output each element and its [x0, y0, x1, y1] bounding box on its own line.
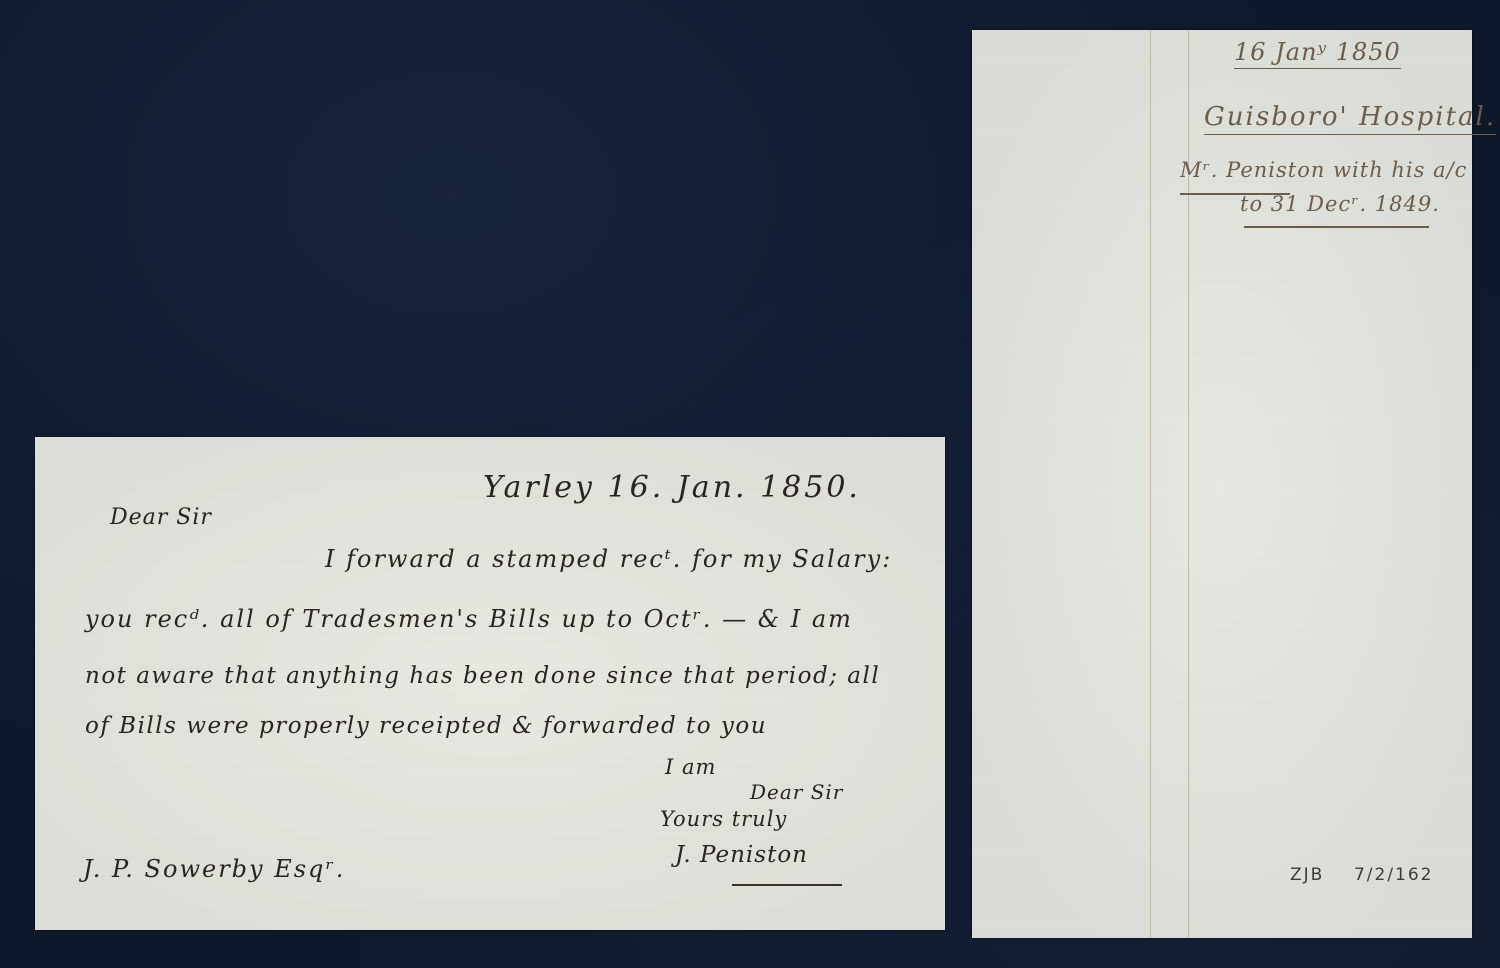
signature-underline [732, 884, 842, 886]
letter-body-line-4: of Bills were properly receipted & forwa… [85, 713, 767, 739]
docket-line-1: Mʳ. Peniston with his a/c [1180, 158, 1467, 182]
letter-closing-yours-truly: Yours truly [660, 807, 787, 831]
letter-addressee: J. P. Sowerby Esqʳ. [83, 855, 345, 883]
docket-date: 16 Janʸ 1850 [1234, 38, 1401, 69]
fold-line-left [1150, 30, 1151, 938]
docket-title: Guisboro' Hospital. [1204, 102, 1496, 135]
docket-line-2: to 31 Decʳ. 1849. [1240, 192, 1440, 216]
letter-closing-i-am: I am [665, 755, 716, 779]
archive-reference: ZJB 7/2/162 [1290, 865, 1434, 885]
archive-number: 7/2/162 [1354, 865, 1434, 885]
letter-place-date: Yarley 16. Jan. 1850. [483, 470, 861, 505]
docket-sheet: 16 Janʸ 1850 Guisboro' Hospital. Mʳ. Pen… [972, 30, 1472, 938]
letter-body-line-1: I forward a stamped recᵗ. for my Salary: [325, 545, 892, 573]
letter-salutation: Dear Sir [110, 505, 212, 530]
letter-body-line-2: you recᵈ. all of Tradesmen's Bills up to… [85, 605, 853, 633]
letter-body-line-3: not aware that anything has been done si… [85, 663, 880, 689]
letter-sheet: Yarley 16. Jan. 1850. Dear Sir I forward… [35, 437, 945, 930]
docket-line-2-underline [1244, 226, 1429, 228]
letter-signature: J. Peniston [675, 842, 808, 868]
archive-code: ZJB [1290, 865, 1324, 885]
letter-closing-dear-sir: Dear Sir [750, 780, 843, 804]
